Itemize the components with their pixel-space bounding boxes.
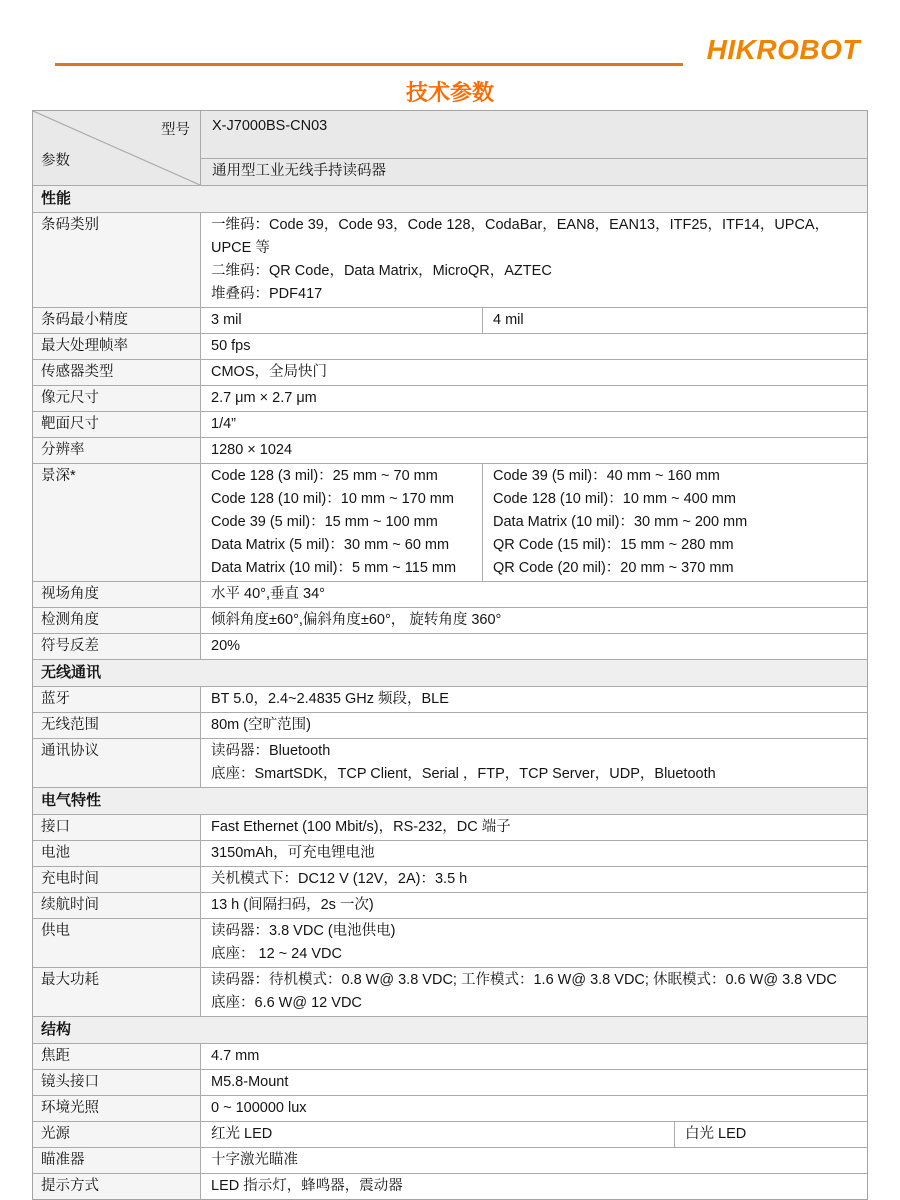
model-description-cell: 通用型工业无线手持读码器 — [201, 159, 867, 185]
spec-label: 电池 — [33, 841, 201, 866]
spec-value-col2: 4 mil — [482, 308, 867, 333]
spec-value-col2: 白光 LED — [674, 1122, 867, 1147]
spec-value-line: Code 39 (5 mil)：15 mm ~ 100 mm — [211, 511, 472, 534]
spec-label: 瞄准器 — [33, 1148, 201, 1173]
spec-value: M5.8-Mount — [201, 1070, 867, 1095]
spec-label: 分辨率 — [33, 438, 201, 463]
table-header: 型号 参数 X-J7000BS-CN03 通用型工业无线手持读码器 — [33, 111, 867, 185]
spec-label: 接口 — [33, 815, 201, 840]
spec-label: 景深* — [33, 464, 201, 581]
spec-value: 3150mAh，可充电锂电池 — [201, 841, 867, 866]
spec-value: 读码器：待机模式：0.8 W@ 3.8 VDC; 工作模式：1.6 W@ 3.8… — [201, 968, 867, 1016]
spec-label: 传感器类型 — [33, 360, 201, 385]
spec-label: 续航时间 — [33, 893, 201, 918]
section-title: 无线通讯 — [33, 660, 867, 686]
spec-row: 供电读码器：3.8 VDC (电池供电)底座： 12 ~ 24 VDC — [33, 918, 867, 967]
spec-value: CMOS，全局快门 — [201, 360, 867, 385]
spec-value: 十字激光瞄准 — [201, 1148, 867, 1173]
spec-row: 传感器类型CMOS，全局快门 — [33, 359, 867, 385]
section-header-row: 性能 — [33, 185, 867, 212]
spec-value-line: Code 128 (10 mil)：10 mm ~ 400 mm — [493, 488, 857, 511]
spec-value: Fast Ethernet (100 Mbit/s)，RS-232，DC 端子 — [201, 815, 867, 840]
spec-row: 靶面尺寸1/4” — [33, 411, 867, 437]
spec-row: 光源红光 LED白光 LED — [33, 1121, 867, 1147]
spec-label: 提示方式 — [33, 1174, 201, 1199]
spec-value-line: 底座： 12 ~ 24 VDC — [211, 943, 857, 966]
spec-label: 镜头接口 — [33, 1070, 201, 1095]
section-title: 电气特性 — [33, 788, 867, 814]
spec-value-line: 底座：SmartSDK，TCP Client，Serial ，FTP，TCP S… — [211, 763, 857, 786]
spec-label: 蓝牙 — [33, 687, 201, 712]
spec-label: 供电 — [33, 919, 201, 967]
spec-row: 最大功耗读码器：待机模式：0.8 W@ 3.8 VDC; 工作模式：1.6 W@… — [33, 967, 867, 1016]
spec-value: 4.7 mm — [201, 1044, 867, 1069]
spec-value: 关机模式下：DC12 V (12V，2A)：3.5 h — [201, 867, 867, 892]
hikrobot-logo: HIKROBOT — [707, 34, 860, 66]
spec-label: 符号反差 — [33, 634, 201, 659]
spec-value: LED 指示灯，蜂鸣器，震动器 — [201, 1174, 867, 1199]
spec-row: 最大处理帧率50 fps — [33, 333, 867, 359]
spec-value: 50 fps — [201, 334, 867, 359]
spec-value-line: 堆叠码：PDF417 — [211, 283, 857, 306]
spec-value-col2: Code 39 (5 mil)：40 mm ~ 160 mmCode 128 (… — [482, 464, 867, 581]
spec-row: 通讯协议读码器：Bluetooth底座：SmartSDK，TCP Client，… — [33, 738, 867, 787]
spec-row: 续航时间13 h (间隔扫码，2s 一次) — [33, 892, 867, 918]
spec-row: 环境光照0 ~ 100000 lux — [33, 1095, 867, 1121]
spec-value-line: 底座：6.6 W@ 12 VDC — [211, 992, 857, 1015]
spec-row: 无线范围80m (空旷范围) — [33, 712, 867, 738]
section-title: 结构 — [33, 1017, 867, 1043]
corner-label-model: 型号 — [161, 118, 190, 139]
corner-label-parameter: 参数 — [41, 149, 70, 170]
spec-label: 条码类别 — [33, 213, 201, 307]
spec-label: 视场角度 — [33, 582, 201, 607]
spec-row: 焦距4.7 mm — [33, 1043, 867, 1069]
spec-label: 无线范围 — [33, 713, 201, 738]
spec-value: 1280 × 1024 — [201, 438, 867, 463]
spec-value: 水平 40°,垂直 34° — [201, 582, 867, 607]
spec-value: 13 h (间隔扫码，2s 一次) — [201, 893, 867, 918]
model-number-cell: X-J7000BS-CN03 — [201, 111, 867, 159]
spec-label: 条码最小精度 — [33, 308, 201, 333]
spec-label: 充电时间 — [33, 867, 201, 892]
page-title: 技术参数 — [0, 78, 900, 108]
spec-label: 环境光照 — [33, 1096, 201, 1121]
table-body: 性能条码类别一维码：Code 39，Code 93，Code 128，CodaB… — [33, 185, 867, 1199]
spec-row: 充电时间关机模式下：DC12 V (12V，2A)：3.5 h — [33, 866, 867, 892]
spec-table: 型号 参数 X-J7000BS-CN03 通用型工业无线手持读码器 性能条码类别… — [32, 110, 868, 1200]
spec-row: 分辨率1280 × 1024 — [33, 437, 867, 463]
spec-row: 像元尺寸2.7 μm × 2.7 μm — [33, 385, 867, 411]
spec-value: 读码器：3.8 VDC (电池供电)底座： 12 ~ 24 VDC — [201, 919, 867, 967]
spec-label: 通讯协议 — [33, 739, 201, 787]
brand-underline — [55, 63, 683, 66]
spec-value-line: Data Matrix (5 mil)：30 mm ~ 60 mm — [211, 534, 472, 557]
spec-value-line: Data Matrix (10 mil)：30 mm ~ 200 mm — [493, 511, 857, 534]
spec-row: 检测角度倾斜角度±60°,偏斜角度±60°， 旋转角度 360° — [33, 607, 867, 633]
spec-value: 1/4” — [201, 412, 867, 437]
spec-value: 80m (空旷范围) — [201, 713, 867, 738]
spec-label: 焦距 — [33, 1044, 201, 1069]
spec-value: 一维码：Code 39，Code 93，Code 128，CodaBar，EAN… — [201, 213, 867, 307]
section-header-row: 结构 — [33, 1016, 867, 1043]
spec-value: BT 5.0，2.4~2.4835 GHz 频段，BLE — [201, 687, 867, 712]
spec-value-line: Code 39 (5 mil)：40 mm ~ 160 mm — [493, 465, 857, 488]
spec-row: 瞄准器十字激光瞄准 — [33, 1147, 867, 1173]
spec-row: 蓝牙BT 5.0，2.4~2.4835 GHz 频段，BLE — [33, 686, 867, 712]
section-header-row: 无线通讯 — [33, 659, 867, 686]
spec-row: 电池3150mAh，可充电锂电池 — [33, 840, 867, 866]
spec-value-col1: 3 mil — [201, 308, 482, 333]
spec-value-line: QR Code (20 mil)：20 mm ~ 370 mm — [493, 557, 857, 580]
section-header-row: 电气特性 — [33, 787, 867, 814]
spec-label: 检测角度 — [33, 608, 201, 633]
spec-value-col1: Code 128 (3 mil)：25 mm ~ 70 mmCode 128 (… — [201, 464, 482, 581]
spec-label: 光源 — [33, 1122, 201, 1147]
spec-value-line: Code 128 (3 mil)：25 mm ~ 70 mm — [211, 465, 472, 488]
spec-sheet-page: HIKROBOT 技术参数 型号 参数 X-J7000BS-CN03 通用型工业… — [0, 0, 900, 1200]
diagonal-header-cell: 型号 参数 — [33, 111, 201, 185]
spec-row: 镜头接口M5.8-Mount — [33, 1069, 867, 1095]
spec-row: 符号反差20% — [33, 633, 867, 659]
spec-value-line: Code 128 (10 mil)：10 mm ~ 170 mm — [211, 488, 472, 511]
spec-row: 视场角度水平 40°,垂直 34° — [33, 581, 867, 607]
spec-value-line: QR Code (15 mil)：15 mm ~ 280 mm — [493, 534, 857, 557]
spec-row: 条码类别一维码：Code 39，Code 93，Code 128，CodaBar… — [33, 212, 867, 307]
spec-row: 景深*Code 128 (3 mil)：25 mm ~ 70 mmCode 12… — [33, 463, 867, 581]
spec-value-line: Data Matrix (10 mil)：5 mm ~ 115 mm — [211, 557, 472, 580]
spec-label: 像元尺寸 — [33, 386, 201, 411]
spec-value-line: 读码器：3.8 VDC (电池供电) — [211, 920, 857, 943]
spec-value: 0 ~ 100000 lux — [201, 1096, 867, 1121]
spec-value-line: 一维码：Code 39，Code 93，Code 128，CodaBar，EAN… — [211, 214, 857, 260]
spec-label: 最大功耗 — [33, 968, 201, 1016]
spec-value-line: 读码器：Bluetooth — [211, 740, 857, 763]
spec-row: 接口Fast Ethernet (100 Mbit/s)，RS-232，DC 端… — [33, 814, 867, 840]
brand-header: HIKROBOT — [0, 0, 900, 72]
spec-value-line: 读码器：待机模式：0.8 W@ 3.8 VDC; 工作模式：1.6 W@ 3.8… — [211, 969, 857, 992]
section-title: 性能 — [33, 186, 867, 212]
spec-value-col1: 红光 LED — [201, 1122, 674, 1147]
spec-value: 倾斜角度±60°,偏斜角度±60°， 旋转角度 360° — [201, 608, 867, 633]
spec-row: 条码最小精度3 mil4 mil — [33, 307, 867, 333]
spec-value-line: 二维码：QR Code，Data Matrix，MicroQR，AZTEC — [211, 260, 857, 283]
spec-value: 2.7 μm × 2.7 μm — [201, 386, 867, 411]
spec-label: 最大处理帧率 — [33, 334, 201, 359]
spec-value: 20% — [201, 634, 867, 659]
spec-value: 读码器：Bluetooth底座：SmartSDK，TCP Client，Seri… — [201, 739, 867, 787]
spec-row: 提示方式LED 指示灯，蜂鸣器，震动器 — [33, 1173, 867, 1199]
spec-label: 靶面尺寸 — [33, 412, 201, 437]
